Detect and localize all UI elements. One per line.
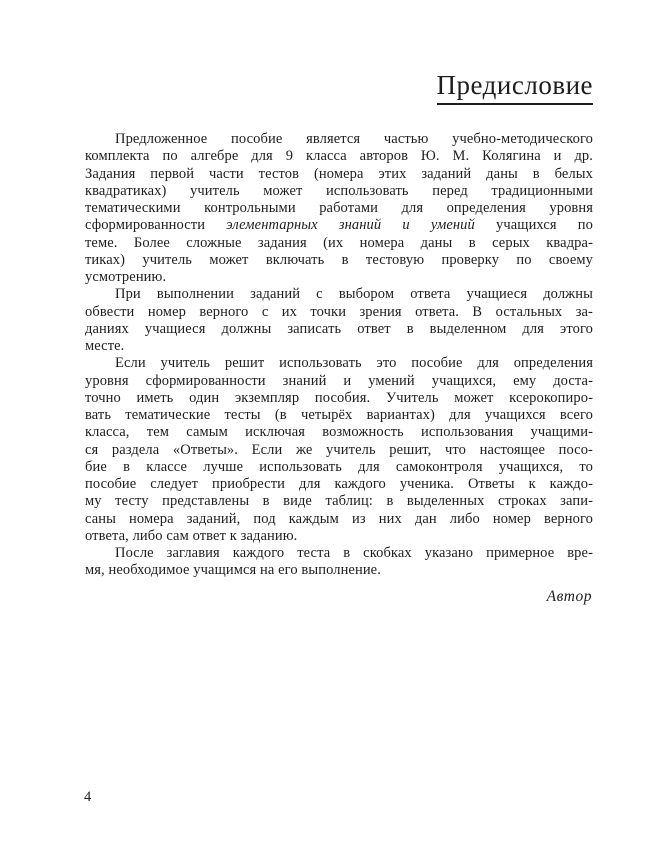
text-segment: мя, необходимое учащимся на его выполнен… xyxy=(85,562,381,578)
text-line: сформированности элементарных знаний и у… xyxy=(85,217,593,234)
page-sheet: Предисловие Предложенное пособие являетс… xyxy=(0,0,650,865)
text-line: обвести номер верного с их точки зрения … xyxy=(85,304,593,321)
text-segment: квадратиках) учитель может использовать … xyxy=(85,183,593,199)
text-segment: учащихся по xyxy=(475,217,593,233)
text-line: Предложенное пособие является частью уче… xyxy=(85,131,593,148)
text-segment: ся раздела «Ответы». Если же учитель реш… xyxy=(85,442,593,458)
text-line: пособие следует приобрести для каждого у… xyxy=(85,476,593,493)
text-line: бие в классе лучше использовать для само… xyxy=(85,459,593,476)
page-title-text: Предисловие xyxy=(437,70,593,105)
text-segment: месте. xyxy=(85,338,124,354)
book-page-screenshot: { "page": { "title": "Предисловие", "sig… xyxy=(0,0,650,865)
page-number: 4 xyxy=(84,789,91,806)
text-segment: После заглавия каждого теста в скобках у… xyxy=(115,545,593,561)
text-segment: Предложенное пособие является частью уче… xyxy=(115,131,593,147)
text-line: ся раздела «Ответы». Если же учитель реш… xyxy=(85,442,593,459)
text-line: тематическими контрольными работами для … xyxy=(85,200,593,217)
text-line: му тесту представлены в виде таблиц: в в… xyxy=(85,493,593,510)
text-segment: усмотрению. xyxy=(85,269,166,285)
paragraph: После заглавия каждого теста в скобках у… xyxy=(85,545,593,580)
italic-text-segment: элементарных знаний и умений xyxy=(226,217,475,233)
text-line: вать тематические тесты (в четырёх вариа… xyxy=(85,407,593,424)
text-line: точно иметь один экземпляр пособия. Учит… xyxy=(85,390,593,407)
text-segment: обвести номер верного с их точки зрения … xyxy=(85,304,593,320)
text-line: класса, тем самым исключая возможность и… xyxy=(85,424,593,441)
text-segment: теме. Более сложные задания (их номера д… xyxy=(85,235,593,251)
text-segment: класса, тем самым исключая возможность и… xyxy=(85,424,593,440)
text-line: После заглавия каждого теста в скобках у… xyxy=(85,545,593,562)
text-segment: комплекта по алгебре для 9 класса авторо… xyxy=(85,148,593,164)
text-line: усмотрению. xyxy=(85,269,593,286)
text-line: уровня сформированности знаний и умений … xyxy=(85,373,593,390)
text-segment: пособие следует приобрести для каждого у… xyxy=(85,476,593,492)
text-segment: му тесту представлены в виде таблиц: в в… xyxy=(85,493,593,509)
text-line: даниях учащиеся должны записать ответ в … xyxy=(85,321,593,338)
text-segment: При выполнении заданий с выбором ответа … xyxy=(115,286,593,302)
text-line: Задания первой части тестов (номера этих… xyxy=(85,166,593,183)
text-segment: даниях учащиеся должны записать ответ в … xyxy=(85,321,593,337)
text-line: мя, необходимое учащимся на его выполнен… xyxy=(85,562,593,579)
author-signature: Автор xyxy=(547,588,592,606)
text-segment: уровня сформированности знаний и умений … xyxy=(85,373,593,389)
paragraph: При выполнении заданий с выбором ответа … xyxy=(85,286,593,355)
text-segment: бие в классе лучше использовать для само… xyxy=(85,459,593,475)
text-segment: тематическими контрольными работами для … xyxy=(85,200,593,216)
text-segment: вать тематические тесты (в четырёх вариа… xyxy=(85,407,593,423)
text-segment: Если учитель решит использовать это посо… xyxy=(115,355,593,371)
text-segment: точно иметь один экземпляр пособия. Учит… xyxy=(85,390,593,406)
paragraph: Предложенное пособие является частью уче… xyxy=(85,131,593,286)
text-line: Если учитель решит использовать это посо… xyxy=(85,355,593,372)
text-line: квадратиках) учитель может использовать … xyxy=(85,183,593,200)
text-line: саны номера заданий, под каждым из них д… xyxy=(85,511,593,528)
text-segment: сформированности xyxy=(85,217,226,233)
text-segment: ответа, либо сам ответ к заданию. xyxy=(85,528,297,544)
text-segment: Задания первой части тестов (номера этих… xyxy=(85,166,593,182)
text-segment: саны номера заданий, под каждым из них д… xyxy=(85,511,593,527)
text-segment: тиках) учитель может включать в тестовую… xyxy=(85,252,593,268)
text-line: комплекта по алгебре для 9 класса авторо… xyxy=(85,148,593,165)
text-line: теме. Более сложные задания (их номера д… xyxy=(85,235,593,252)
text-line: При выполнении заданий с выбором ответа … xyxy=(85,286,593,303)
page-title: Предисловие xyxy=(437,70,593,101)
text-line: месте. xyxy=(85,338,593,355)
text-line: ответа, либо сам ответ к заданию. xyxy=(85,528,593,545)
paragraph: Если учитель решит использовать это посо… xyxy=(85,355,593,545)
text-block: Предложенное пособие является частью уче… xyxy=(85,131,593,580)
text-line: тиках) учитель может включать в тестовую… xyxy=(85,252,593,269)
